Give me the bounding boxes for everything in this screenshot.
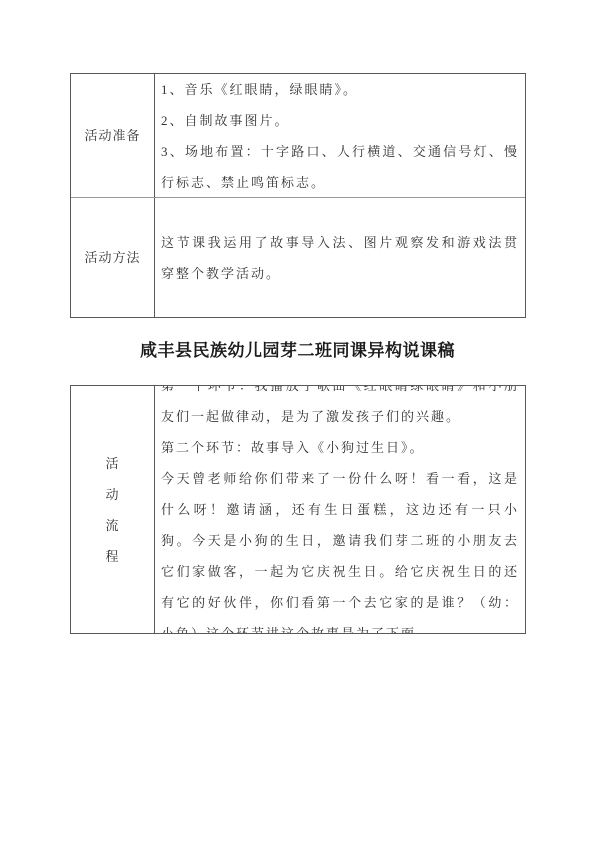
prep-line-3: 3、场地布置：十字路口、人行横道、交通信号灯、慢行标志、禁止鸣笛标志。 bbox=[161, 136, 519, 198]
row-content-activity-prep: 1、音乐《红眼睛，绿眼睛》。 2、自制故事图片。 3、场地布置：十字路口、人行横… bbox=[155, 74, 525, 197]
flow-paragraph-2: 第二个环节：故事导入《小狗过生日》。 bbox=[161, 432, 519, 463]
flow-header-char-2: 动 bbox=[105, 479, 119, 510]
row-header-activity-prep: 活动准备 bbox=[71, 74, 155, 197]
prep-method-table: 活动准备 1、音乐《红眼睛，绿眼睛》。 2、自制故事图片。 3、场地布置：十字路… bbox=[70, 73, 526, 318]
table-row-activity-method: 活动方法 这节课我运用了故事导入法、图片观察发和游戏法贯穿整个教学活动。 bbox=[71, 197, 525, 317]
document-page: 活动准备 1、音乐《红眼睛，绿眼睛》。 2、自制故事图片。 3、场地布置：十字路… bbox=[0, 0, 595, 842]
prep-line-2: 2、自制故事图片。 bbox=[161, 105, 519, 136]
row-content-activity-flow: 第一个环节：我播放了歌曲《红眼睛绿眼睛》和小朋友们一起做律动，是为了激发孩子们的… bbox=[155, 386, 525, 633]
flow-paragraph-3: 今天曾老师给你们带来了一份什么呀！看一看，这是什么呀！邀请涵，还有生日蛋糕，这边… bbox=[161, 463, 519, 633]
method-line-1: 这节课我运用了故事导入法、图片观察发和游戏法贯穿整个教学活动。 bbox=[161, 227, 519, 289]
flow-paragraph-1: 第一个环节：我播放了歌曲《红眼睛绿眼睛》和小朋友们一起做律动，是为了激发孩子们的… bbox=[161, 386, 519, 432]
flow-header-char-3: 流 bbox=[105, 510, 119, 541]
row-header-activity-flow: 活 动 流 程 bbox=[71, 386, 155, 633]
page-title: 咸丰县民族幼儿园芽二班同课异构说课稿 bbox=[0, 336, 595, 361]
prep-line-1: 1、音乐《红眼睛，绿眼睛》。 bbox=[161, 74, 519, 105]
flow-header-char-1: 活 bbox=[105, 448, 119, 479]
activity-flow-table: 活 动 流 程 第一个环节：我播放了歌曲《红眼睛绿眼睛》和小朋友们一起做律动，是… bbox=[70, 385, 526, 634]
table-row-activity-flow: 活 动 流 程 第一个环节：我播放了歌曲《红眼睛绿眼睛》和小朋友们一起做律动，是… bbox=[71, 386, 525, 633]
row-header-activity-method: 活动方法 bbox=[71, 198, 155, 317]
table-row-activity-prep: 活动准备 1、音乐《红眼睛，绿眼睛》。 2、自制故事图片。 3、场地布置：十字路… bbox=[71, 74, 525, 197]
row-content-activity-method: 这节课我运用了故事导入法、图片观察发和游戏法贯穿整个教学活动。 bbox=[155, 198, 525, 317]
flow-header-char-4: 程 bbox=[105, 541, 119, 572]
